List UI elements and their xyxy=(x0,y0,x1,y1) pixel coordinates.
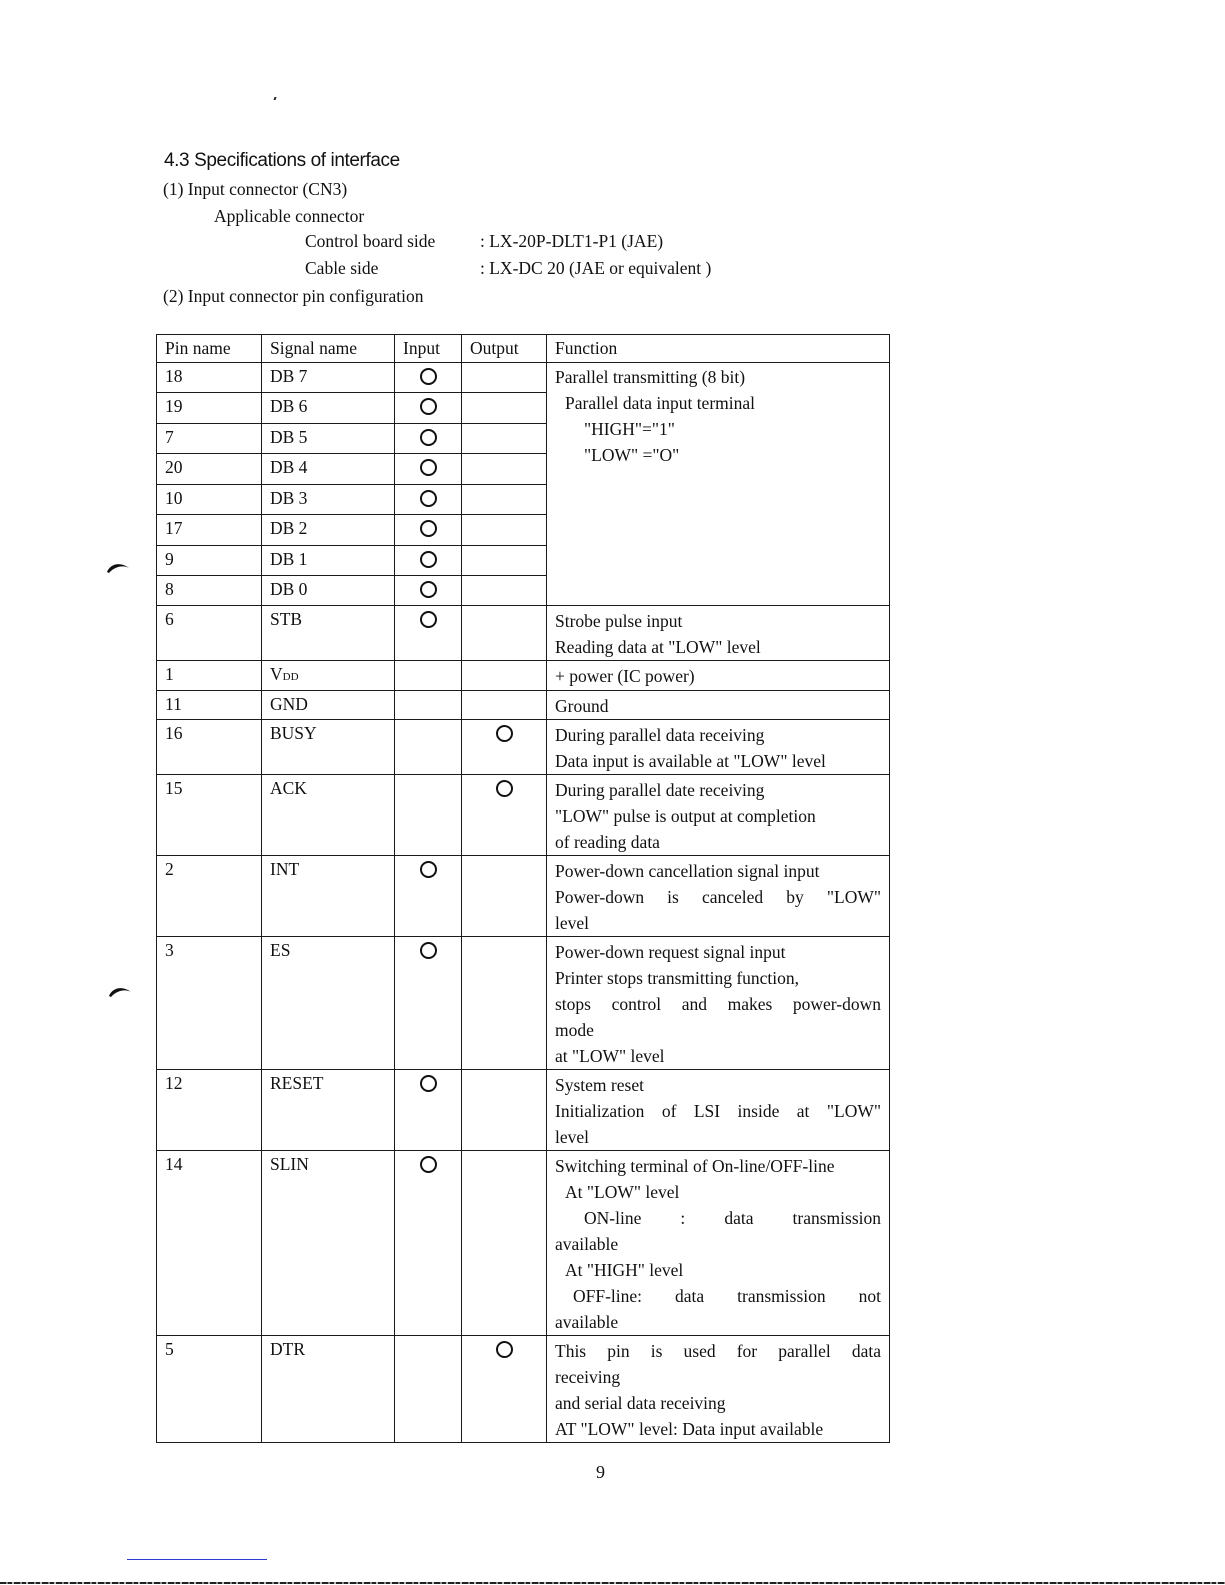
circle-mark-icon xyxy=(420,398,437,415)
output-cell xyxy=(462,485,547,515)
function-line: Reading data at "LOW" level xyxy=(555,634,889,660)
signal-name-cell: RESET xyxy=(262,1070,395,1151)
output-cell xyxy=(462,454,547,485)
function-line: Power-down is canceled by "LOW" xyxy=(555,884,889,910)
signal-name-cell: DB 5 xyxy=(262,424,395,454)
pin-name-cell: 12 xyxy=(157,1070,262,1151)
output-cell xyxy=(462,775,547,856)
signal-name-cell: SLIN xyxy=(262,1151,395,1336)
circle-mark-icon xyxy=(420,1075,437,1092)
pin-name-cell: 15 xyxy=(157,775,262,856)
header-pin-name: Pin name xyxy=(157,335,262,363)
output-cell xyxy=(462,424,547,454)
signal-name-cell: DB 6 xyxy=(262,393,395,424)
output-cell xyxy=(462,546,547,576)
signal-name: SLIN xyxy=(270,1154,309,1174)
function-line: available xyxy=(555,1231,889,1257)
page-bottom-edge xyxy=(0,1582,1225,1584)
pin-name-cell: 19 xyxy=(157,393,262,424)
circle-mark-icon xyxy=(420,861,437,878)
function-line: ON-line : data transmission xyxy=(555,1205,889,1231)
function-line: Power-down request signal input xyxy=(555,939,889,965)
circle-mark-icon xyxy=(496,725,513,742)
scan-artifact xyxy=(273,97,276,100)
signal-name: V xyxy=(270,664,283,684)
input-cell xyxy=(395,485,462,515)
output-cell xyxy=(462,691,547,720)
pin-name-cell: 6 xyxy=(157,606,262,661)
function-line: This pin is used for parallel data xyxy=(555,1338,889,1364)
signal-name-subscript: DD xyxy=(283,671,299,683)
margin-mark xyxy=(106,561,130,573)
circle-mark-icon xyxy=(420,520,437,537)
signal-name-cell: ACK xyxy=(262,775,395,856)
control-board-side-value: : LX-20P-DLT1-P1 (JAE) xyxy=(480,231,663,251)
input-cell xyxy=(395,454,462,485)
function-line: stops control and makes power-down xyxy=(555,991,889,1017)
pin-name-cell: 1 xyxy=(157,661,262,691)
input-cell xyxy=(395,661,462,691)
output-cell xyxy=(462,576,547,606)
function-line: of reading data xyxy=(555,829,889,855)
function-line: and serial data receiving xyxy=(555,1390,889,1416)
table-header-row: Pin name Signal name Input Output Functi… xyxy=(157,335,890,363)
circle-mark-icon xyxy=(420,490,437,507)
function-line: + power (IC power) xyxy=(555,663,889,689)
function-line: At "LOW" level xyxy=(555,1179,889,1205)
input-cell xyxy=(395,424,462,454)
signal-name: STB xyxy=(270,609,302,629)
function-cell: Parallel transmitting (8 bit)Parallel da… xyxy=(547,363,890,606)
signal-name: GND xyxy=(270,694,308,714)
applicable-connector-label: Applicable connector xyxy=(214,206,364,226)
function-line: at "LOW" level xyxy=(555,1043,889,1069)
item-input-connector: (1) Input connector (CN3) xyxy=(163,179,347,199)
function-line: During parallel date receiving xyxy=(555,777,889,803)
function-line: "LOW" pulse is output at completion xyxy=(555,803,889,829)
signal-name-cell: DB 3 xyxy=(262,485,395,515)
function-line: Parallel data input terminal xyxy=(555,390,889,416)
function-line: System reset xyxy=(555,1072,889,1098)
signal-name-cell: ES xyxy=(262,937,395,1070)
signal-name-cell: DB 4 xyxy=(262,454,395,485)
signal-name: BUSY xyxy=(270,723,317,743)
margin-mark xyxy=(108,985,132,997)
underline-artifact xyxy=(127,1559,267,1560)
table-row: 5DTRThis pin is used for parallel datare… xyxy=(157,1336,890,1443)
output-cell xyxy=(462,661,547,691)
circle-mark-icon xyxy=(420,611,437,628)
signal-name: DTR xyxy=(270,1339,305,1359)
input-cell xyxy=(395,856,462,937)
signal-name-cell: INT xyxy=(262,856,395,937)
output-cell xyxy=(462,1336,547,1443)
section-heading: 4.3 Specifications of interface xyxy=(164,150,400,172)
output-cell xyxy=(462,1070,547,1151)
circle-mark-icon xyxy=(420,581,437,598)
function-cell: Switching terminal of On-line/OFF-lineAt… xyxy=(547,1151,890,1336)
signal-name: INT xyxy=(270,859,299,879)
input-cell xyxy=(395,937,462,1070)
input-cell xyxy=(395,720,462,775)
output-cell xyxy=(462,1151,547,1336)
input-cell xyxy=(395,1070,462,1151)
function-line: Strobe pulse input xyxy=(555,608,889,634)
function-cell: During parallel date receiving"LOW" puls… xyxy=(547,775,890,856)
output-cell xyxy=(462,937,547,1070)
input-cell xyxy=(395,393,462,424)
input-cell xyxy=(395,606,462,661)
cable-side-value: : LX-DC 20 (JAE or equivalent ) xyxy=(480,258,711,278)
circle-mark-icon xyxy=(420,459,437,476)
circle-mark-icon xyxy=(496,1341,513,1358)
circle-mark-icon xyxy=(420,368,437,385)
pin-name-cell: 5 xyxy=(157,1336,262,1443)
function-cell: Ground xyxy=(547,691,890,720)
circle-mark-icon xyxy=(420,429,437,446)
pin-name-cell: 16 xyxy=(157,720,262,775)
input-cell xyxy=(395,1336,462,1443)
output-cell xyxy=(462,393,547,424)
output-cell xyxy=(462,856,547,937)
header-output: Output xyxy=(462,335,547,363)
function-line: At "HIGH" level xyxy=(555,1257,889,1283)
function-cell: Strobe pulse inputReading data at "LOW" … xyxy=(547,606,890,661)
pin-name-cell: 7 xyxy=(157,424,262,454)
pin-name-cell: 8 xyxy=(157,576,262,606)
signal-name-cell: BUSY xyxy=(262,720,395,775)
function-line: Power-down cancellation signal input xyxy=(555,858,889,884)
signal-name: ES xyxy=(270,940,290,960)
signal-name: ACK xyxy=(270,778,307,798)
input-cell xyxy=(395,1151,462,1336)
signal-name-cell: DB 0 xyxy=(262,576,395,606)
circle-mark-icon xyxy=(420,551,437,568)
table-row: 16BUSYDuring parallel data receivingData… xyxy=(157,720,890,775)
signal-name-cell: GND xyxy=(262,691,395,720)
function-cell: System resetInitialization of LSI inside… xyxy=(547,1070,890,1151)
function-line: Switching terminal of On-line/OFF-line xyxy=(555,1153,889,1179)
pin-name-cell: 14 xyxy=(157,1151,262,1336)
function-cell: + power (IC power) xyxy=(547,661,890,691)
header-input: Input xyxy=(395,335,462,363)
input-cell xyxy=(395,546,462,576)
input-cell xyxy=(395,515,462,546)
signal-name-cell: DB 1 xyxy=(262,546,395,576)
table-row: 6STBStrobe pulse inputReading data at "L… xyxy=(157,606,890,661)
table-row: 12RESETSystem resetInitialization of LSI… xyxy=(157,1070,890,1151)
pin-configuration-table: Pin name Signal name Input Output Functi… xyxy=(156,334,890,1443)
function-line: available xyxy=(555,1309,889,1335)
function-line: level xyxy=(555,1124,889,1150)
pin-name-cell: 20 xyxy=(157,454,262,485)
function-cell: During parallel data receivingData input… xyxy=(547,720,890,775)
function-line: Ground xyxy=(555,693,889,719)
function-line: Data input is available at "LOW" level xyxy=(555,748,889,774)
table-row: 3ESPower-down request signal inputPrinte… xyxy=(157,937,890,1070)
table-row: 15ACKDuring parallel date receiving"LOW"… xyxy=(157,775,890,856)
document-page: 4.3 Specifications of interface (1) Inpu… xyxy=(0,0,1225,1585)
pin-name-cell: 17 xyxy=(157,515,262,546)
input-cell xyxy=(395,576,462,606)
output-cell xyxy=(462,720,547,775)
function-cell: Power-down request signal inputPrinter s… xyxy=(547,937,890,1070)
table-row: 11GNDGround xyxy=(157,691,890,720)
signal-name-cell: STB xyxy=(262,606,395,661)
table-row: 1VDD+ power (IC power) xyxy=(157,661,890,691)
table-row: 2INTPower-down cancellation signal input… xyxy=(157,856,890,937)
circle-mark-icon xyxy=(420,942,437,959)
function-line: AT "LOW" level: Data input available xyxy=(555,1416,889,1442)
function-line: level xyxy=(555,910,889,936)
pin-name-cell: 11 xyxy=(157,691,262,720)
pin-name-cell: 3 xyxy=(157,937,262,1070)
function-cell: This pin is used for parallel datareceiv… xyxy=(547,1336,890,1443)
function-line: mode xyxy=(555,1017,889,1043)
pin-name-cell: 2 xyxy=(157,856,262,937)
circle-mark-icon xyxy=(496,780,513,797)
function-line: Printer stops transmitting function, xyxy=(555,965,889,991)
item-pin-configuration: (2) Input connector pin configuration xyxy=(163,286,423,306)
function-line: "LOW" ="O" xyxy=(555,442,889,468)
function-line: Initialization of LSI inside at "LOW" xyxy=(555,1098,889,1124)
signal-name-cell: DB 7 xyxy=(262,363,395,393)
function-line: Parallel transmitting (8 bit) xyxy=(555,364,889,390)
pin-name-cell: 10 xyxy=(157,485,262,515)
table-row: 18DB 7Parallel transmitting (8 bit)Paral… xyxy=(157,363,890,393)
input-cell xyxy=(395,775,462,856)
signal-name: RESET xyxy=(270,1073,323,1093)
pin-name-cell: 9 xyxy=(157,546,262,576)
signal-name-cell: VDD xyxy=(262,661,395,691)
signal-name-cell: DB 2 xyxy=(262,515,395,546)
cable-side-label: Cable side xyxy=(305,258,378,278)
function-line: "HIGH"="1" xyxy=(555,416,889,442)
input-cell xyxy=(395,691,462,720)
circle-mark-icon xyxy=(420,1156,437,1173)
function-line: During parallel data receiving xyxy=(555,722,889,748)
output-cell xyxy=(462,363,547,393)
table-row: 14SLINSwitching terminal of On-line/OFF-… xyxy=(157,1151,890,1336)
header-signal-name: Signal name xyxy=(262,335,395,363)
control-board-side-label: Control board side xyxy=(305,231,435,251)
page-number: 9 xyxy=(596,1462,605,1483)
input-cell xyxy=(395,363,462,393)
function-line: OFF-line: data transmission not xyxy=(555,1283,889,1309)
output-cell xyxy=(462,606,547,661)
header-function: Function xyxy=(547,335,890,363)
pin-name-cell: 18 xyxy=(157,363,262,393)
signal-name-cell: DTR xyxy=(262,1336,395,1443)
function-line: receiving xyxy=(555,1364,889,1390)
function-cell: Power-down cancellation signal inputPowe… xyxy=(547,856,890,937)
output-cell xyxy=(462,515,547,546)
